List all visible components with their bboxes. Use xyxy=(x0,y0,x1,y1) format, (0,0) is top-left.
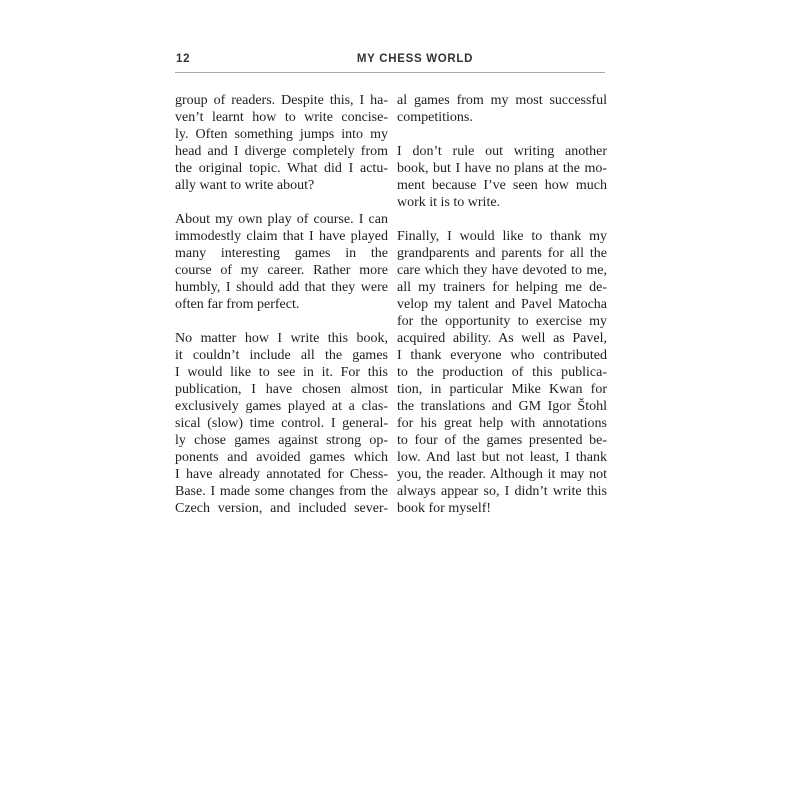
text-line: book for myself! xyxy=(397,500,607,517)
text-line: all my trainers for helping me de- xyxy=(397,279,607,296)
paragraph: group of readers. Despite this, I ha-ven… xyxy=(175,92,388,194)
page-header: 12 MY CHESS WORLD xyxy=(175,50,605,73)
text-line: book, but I have no plans at the mo- xyxy=(397,160,607,177)
text-line: ven’t learnt how to write concise- xyxy=(175,109,388,126)
text-line: to four of the games presented be- xyxy=(397,432,607,449)
text-line: ment because I’ve seen how much xyxy=(397,177,607,194)
page-number: 12 xyxy=(176,53,190,65)
text-line: velop my talent and Pavel Matocha xyxy=(397,296,607,313)
text-line: acquired ability. As well as Pavel, xyxy=(397,330,607,347)
text-line: Finally, I would like to thank my xyxy=(397,228,607,245)
text-line: to the production of this publica- xyxy=(397,364,607,381)
text-line: ly chose games against strong op- xyxy=(175,432,388,449)
text-line: Base. I made some changes from the xyxy=(175,483,388,500)
text-line: About my own play of course. I can xyxy=(175,211,388,228)
text-line: I don’t rule out writing another xyxy=(397,143,607,160)
text-line: course of my career. Rather more xyxy=(175,262,388,279)
paragraph: No matter how I write this book,it could… xyxy=(175,330,388,517)
paragraph: I don’t rule out writing anotherbook, bu… xyxy=(397,143,607,211)
text-line: ponents and avoided games which xyxy=(175,449,388,466)
text-line: I have already annotated for Chess- xyxy=(175,466,388,483)
text-line: ally want to write about? xyxy=(175,177,388,194)
text-line: I thank everyone who contributed xyxy=(397,347,607,364)
text-line: always appear so, I didn’t write this xyxy=(397,483,607,500)
text-line: often far from perfect. xyxy=(175,296,388,313)
text-columns: group of readers. Despite this, I ha-ven… xyxy=(175,92,607,517)
page-title: MY CHESS WORLD xyxy=(357,53,473,65)
text-line: grandparents and parents for all the xyxy=(397,245,607,262)
text-line: many interesting games in the xyxy=(175,245,388,262)
right-column: al games from my most successfulcompetit… xyxy=(397,92,607,517)
book-page: 12 MY CHESS WORLD group of readers. Desp… xyxy=(0,0,800,800)
text-line: publication, I have chosen almost xyxy=(175,381,388,398)
text-line: sical (slow) time control. I general- xyxy=(175,415,388,432)
text-line: the translations and GM Igor Štohl xyxy=(397,398,607,415)
text-line: No matter how I write this book, xyxy=(175,330,388,347)
text-line: immodestly claim that I have played xyxy=(175,228,388,245)
text-line: group of readers. Despite this, I ha- xyxy=(175,92,388,109)
text-line: al games from my most successful xyxy=(397,92,607,109)
text-line: care which they have devoted to me, xyxy=(397,262,607,279)
text-line: low. And last but not least, I thank xyxy=(397,449,607,466)
text-line: exclusively games played at a clas- xyxy=(175,398,388,415)
paragraph: al games from my most successfulcompetit… xyxy=(397,92,607,126)
left-column: group of readers. Despite this, I ha-ven… xyxy=(175,92,388,517)
text-line: I would like to see in it. For this xyxy=(175,364,388,381)
text-line: work it is to write. xyxy=(397,194,607,211)
paragraph: About my own play of course. I canimmode… xyxy=(175,211,388,313)
text-line: the original topic. What did I actu- xyxy=(175,160,388,177)
text-line: head and I diverge completely from xyxy=(175,143,388,160)
text-line: for the opportunity to exercise my xyxy=(397,313,607,330)
text-line: for his great help with annotations xyxy=(397,415,607,432)
text-line: competitions. xyxy=(397,109,607,126)
text-line: it couldn’t include all the games xyxy=(175,347,388,364)
text-line: ly. Often something jumps into my xyxy=(175,126,388,143)
text-line: humbly, I should add that they were xyxy=(175,279,388,296)
paragraph: Finally, I would like to thank mygrandpa… xyxy=(397,228,607,517)
text-line: tion, in particular Mike Kwan for xyxy=(397,381,607,398)
text-line: you, the reader. Although it may not xyxy=(397,466,607,483)
text-line: Czech version, and included sever- xyxy=(175,500,388,517)
